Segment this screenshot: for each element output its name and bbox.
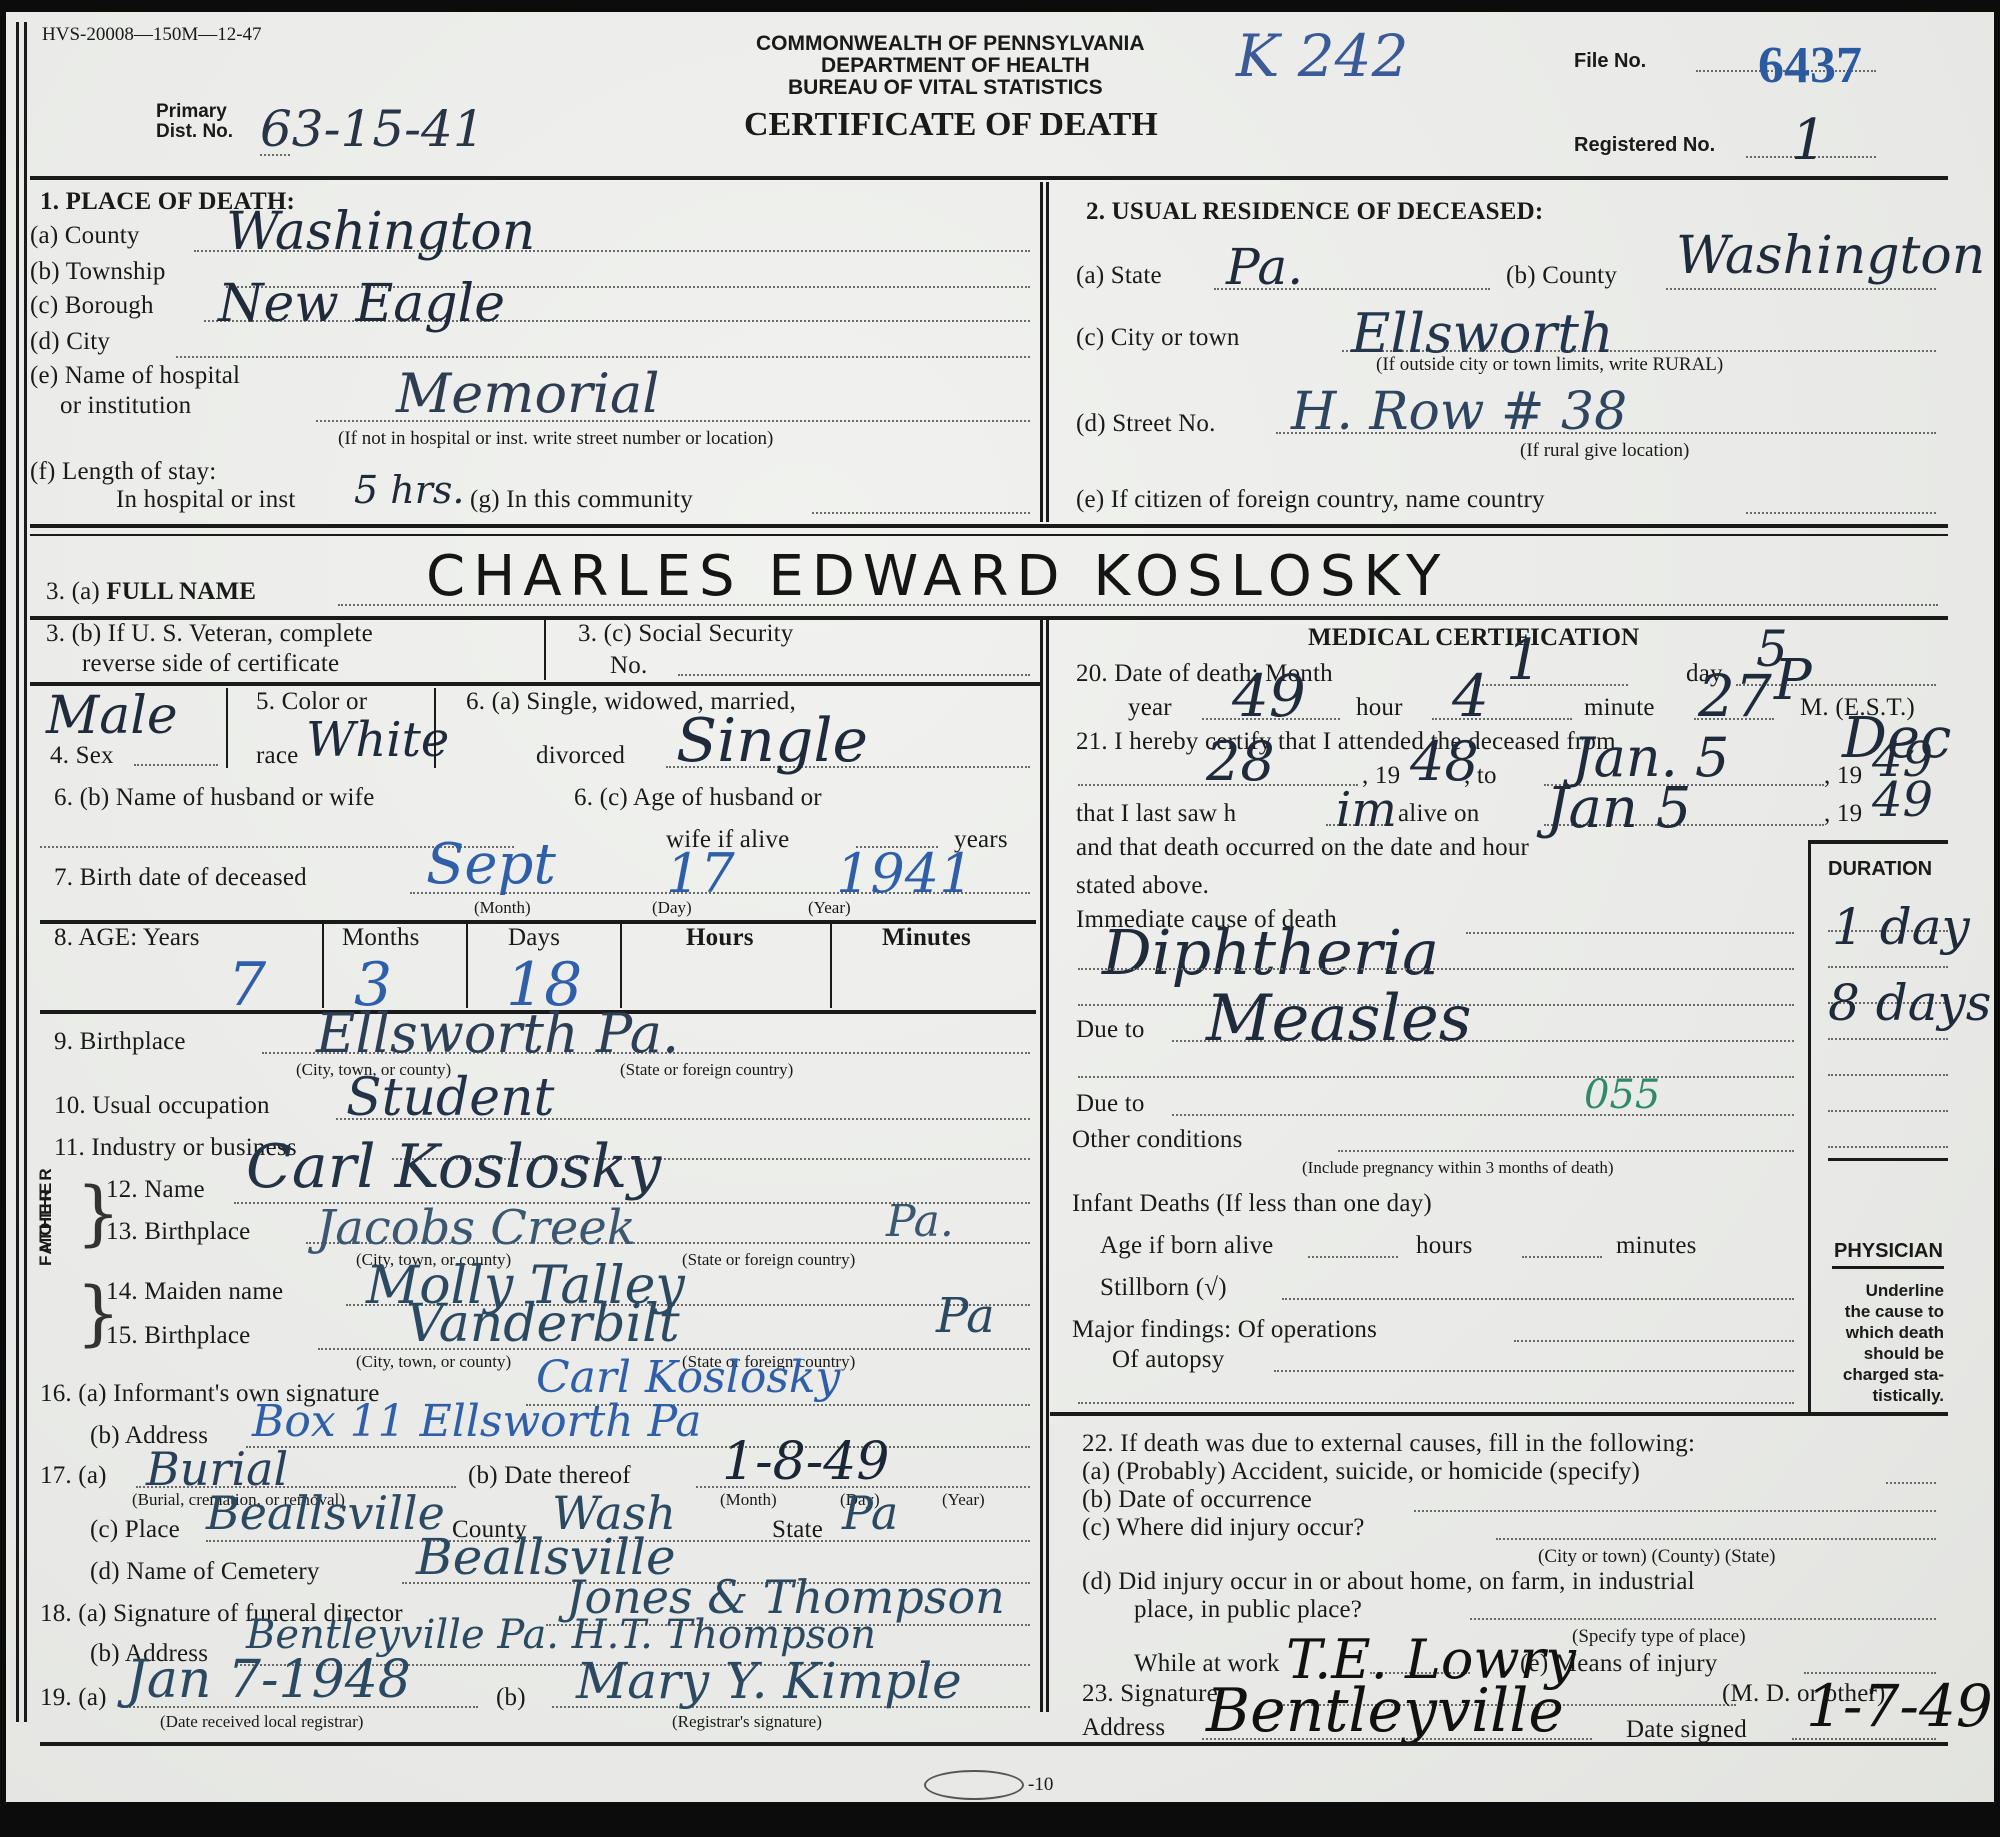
color-value: White	[306, 712, 449, 768]
alive-on-value: Jan 5	[1546, 776, 1691, 841]
father-birthplace-label: 13. Birthplace	[106, 1218, 250, 1246]
occupation-value: Student	[346, 1068, 554, 1128]
death-month-value: 1	[1506, 628, 1542, 693]
registrar-sig-label: (b)	[496, 1684, 526, 1712]
burial-place-value: Beallsville	[206, 1486, 445, 1540]
birthplace-value: Ellsworth Pa.	[316, 1002, 679, 1065]
birth-year-value: 1941	[836, 842, 973, 905]
certificate-title: CERTIFICATE OF DEATH	[744, 106, 1158, 144]
date-signed-value: 1-7-49	[1806, 1672, 1993, 1740]
left-border-inner	[24, 22, 27, 1722]
registrar-date-value: Jan 7-1948	[126, 1650, 411, 1710]
major-findings-label: Major findings: Of operations	[1072, 1316, 1377, 1344]
sex-value: Male	[46, 686, 178, 746]
due-to-value-1: Measles	[1206, 982, 1472, 1056]
mother-maiden-label: 14. Maiden name	[106, 1278, 283, 1306]
mother-birthplace-state: Pa	[936, 1288, 995, 1344]
birth-day-value: 17	[666, 842, 735, 905]
residence-city-label: (c) City or town	[1076, 324, 1240, 352]
file-no-label: File No.	[1574, 50, 1646, 73]
county-value: Washington	[226, 202, 535, 262]
physician-note: Underline the cause to which death shoul…	[1832, 1280, 1944, 1406]
residence-street-label: (d) Street No.	[1076, 410, 1216, 438]
father-name-label: 12. Name	[106, 1176, 205, 1204]
ssn-label: 3. (c) Social Security	[578, 620, 793, 648]
residence-city-note: (If outside city or town limits, write R…	[1376, 354, 1723, 376]
duration-box	[1808, 840, 1811, 1412]
father-birthplace-value: Jacobs Creek	[316, 1200, 636, 1256]
cemetery-label: (d) Name of Cemetery	[90, 1558, 320, 1586]
external-d-label: (d) Did injury occur in or about home, o…	[1082, 1568, 1695, 1596]
duration-2-value: 8 days	[1828, 974, 1991, 1032]
physician-address-value: Bentleyville	[1206, 1676, 1564, 1746]
hospital-label: (e) Name of hospital	[30, 362, 240, 390]
stay-hospital-label: In hospital or inst	[116, 486, 295, 514]
left-border	[16, 22, 19, 1722]
death-year-value: 49	[1232, 662, 1306, 730]
father-birthplace-state: Pa.	[886, 1196, 954, 1247]
spouse-name-label: 6. (b) Name of husband or wife	[54, 784, 375, 812]
file-no-value: 6437	[1758, 36, 1862, 95]
external-causes-heading: 22. If death was due to external causes,…	[1082, 1430, 1695, 1458]
while-at-work-label: While at work	[1134, 1650, 1280, 1678]
physician-heading: PHYSICIAN	[1834, 1240, 1943, 1263]
autopsy-label: Of autopsy	[1112, 1346, 1224, 1374]
disposition-date-value: 1-8-49	[722, 1432, 889, 1492]
attend-from-day: 28	[1206, 730, 1275, 793]
other-conditions-label: Other conditions	[1072, 1126, 1243, 1154]
residence-street-value: H. Row # 38	[1291, 382, 1627, 442]
burial-place-label: (c) Place	[90, 1516, 180, 1544]
external-a-label: (a) (Probably) Accident, suicide, or hom…	[1082, 1458, 1640, 1486]
death-hour-value: 4	[1452, 662, 1489, 730]
stay-hospital-value: 5 hrs.	[354, 468, 464, 512]
residence-state-label: (a) State	[1076, 262, 1162, 290]
external-c-label: (c) Where did injury occur?	[1082, 1514, 1365, 1542]
primary-dist-value: 63-15-41	[260, 100, 485, 158]
handwritten-annotation: K 242	[1236, 22, 1408, 90]
physician-address-label: Address	[1082, 1714, 1165, 1742]
veteran-label: 3. (b) If U. S. Veteran, complete	[46, 620, 373, 648]
hospital-note: (If not in hospital or inst. write stree…	[338, 428, 773, 450]
birth-date-label: 7. Birth date of deceased	[54, 864, 307, 892]
occupation-label: 10. Usual occupation	[54, 1092, 270, 1120]
residence-state-value: Pa.	[1226, 238, 1303, 296]
date-signed-label: Date signed	[1626, 1716, 1747, 1744]
length-of-stay-label: (f) Length of stay:	[30, 458, 216, 486]
born-alive-label: Age if born alive	[1100, 1232, 1273, 1260]
burial-state-label: State	[772, 1516, 823, 1544]
birth-month-value: Sept	[426, 832, 556, 897]
duration-heading: DURATION	[1828, 858, 1932, 881]
external-b-label: (b) Date of occurrence	[1082, 1486, 1312, 1514]
township-label: (b) Township	[30, 258, 166, 286]
residence-street-note: (If rural give location)	[1520, 440, 1689, 462]
duration-1-value: 1 day	[1832, 898, 1970, 956]
physician-signature-label: 23. Signature	[1082, 1680, 1218, 1708]
immediate-cause-value: Diphtheria	[1102, 916, 1439, 989]
hospital-value: Memorial	[396, 362, 660, 425]
section-divider	[1040, 182, 1043, 522]
city-label: (d) City	[30, 328, 110, 356]
age-years-label: 8. AGE: Years	[54, 924, 200, 952]
registered-no-label: Registered No.	[1574, 134, 1715, 157]
burial-state-value: Pa	[842, 1486, 898, 1540]
residence-county-value: Washington	[1676, 226, 1985, 286]
father-name-value: Carl Koslosky	[246, 1132, 661, 1202]
residence-county-label: (b) County	[1506, 262, 1617, 290]
last-saw-pronoun: im	[1336, 782, 1397, 838]
mother-birthplace-label: 15. Birthplace	[106, 1322, 250, 1350]
disposition-label: 17. (a)	[40, 1462, 107, 1490]
birthplace-label: 9. Birthplace	[54, 1028, 186, 1056]
union-label-number: -10	[1028, 1774, 1053, 1796]
agency-line-1: COMMONWEALTH OF PENNSYLVANIA	[756, 32, 1144, 56]
union-label-icon	[924, 1770, 1024, 1800]
agency-line-3: BUREAU OF VITAL STATISTICS	[788, 76, 1103, 100]
foreign-country-label: (e) If citizen of foreign country, name …	[1076, 486, 1545, 514]
form-code: HVS-20008—150M—12-47	[42, 24, 262, 46]
primary-dist-label: Primary Dist. No.	[156, 102, 233, 142]
death-minute-value: 27	[1698, 662, 1772, 730]
residence-heading: 2. USUAL RESIDENCE OF DECEASED:	[1086, 198, 1543, 226]
infant-deaths-heading: Infant Deaths (If less than one day)	[1072, 1190, 1432, 1218]
father-side-label: FATHER	[36, 1187, 56, 1266]
medical-heading: MEDICAL CERTIFICATION	[1308, 624, 1639, 652]
full-name-label: 3. (a) FULL NAME	[46, 578, 256, 606]
full-name-value: CHARLES EDWARD KOSLOSKY	[426, 544, 1448, 609]
agency-line-2: DEPARTMENT OF HEALTH	[821, 54, 1090, 78]
mother-birthplace-value: Vanderbilt	[406, 1294, 680, 1354]
spouse-age-label: 6. (c) Age of husband or	[574, 784, 822, 812]
death-certificate: HVS-20008—150M—12-47 COMMONWEALTH OF PEN…	[6, 12, 1994, 1802]
alive-on-year: 49	[1872, 772, 1933, 828]
registered-no-value: 1	[1791, 108, 1827, 173]
attendance-label: 21. I hereby certify that I attended the…	[1076, 728, 1616, 756]
county-label: (a) County	[30, 222, 140, 250]
borough-label: (c) Borough	[30, 292, 154, 320]
registrar-date-label: 19. (a)	[40, 1684, 107, 1712]
due-to-label-1: Due to	[1076, 1016, 1145, 1044]
stay-community-label: (g) In this community	[470, 486, 693, 514]
last-saw-label: that I last saw h	[1076, 800, 1236, 828]
sex-label: 4. Sex	[50, 742, 114, 770]
informant-address-value: Box 11 Ellsworth Pa	[252, 1396, 702, 1447]
stillborn-label: Stillborn (√)	[1100, 1274, 1227, 1302]
cause-code-value: 055	[1584, 1072, 1660, 1118]
header-rule	[30, 176, 1948, 180]
borough-value: New Eagle	[218, 274, 505, 334]
marital-status-value: Single	[676, 706, 868, 776]
registrar-signature-value: Mary Y. Kimple	[576, 1652, 962, 1710]
due-to-label-2: Due to	[1076, 1090, 1145, 1118]
